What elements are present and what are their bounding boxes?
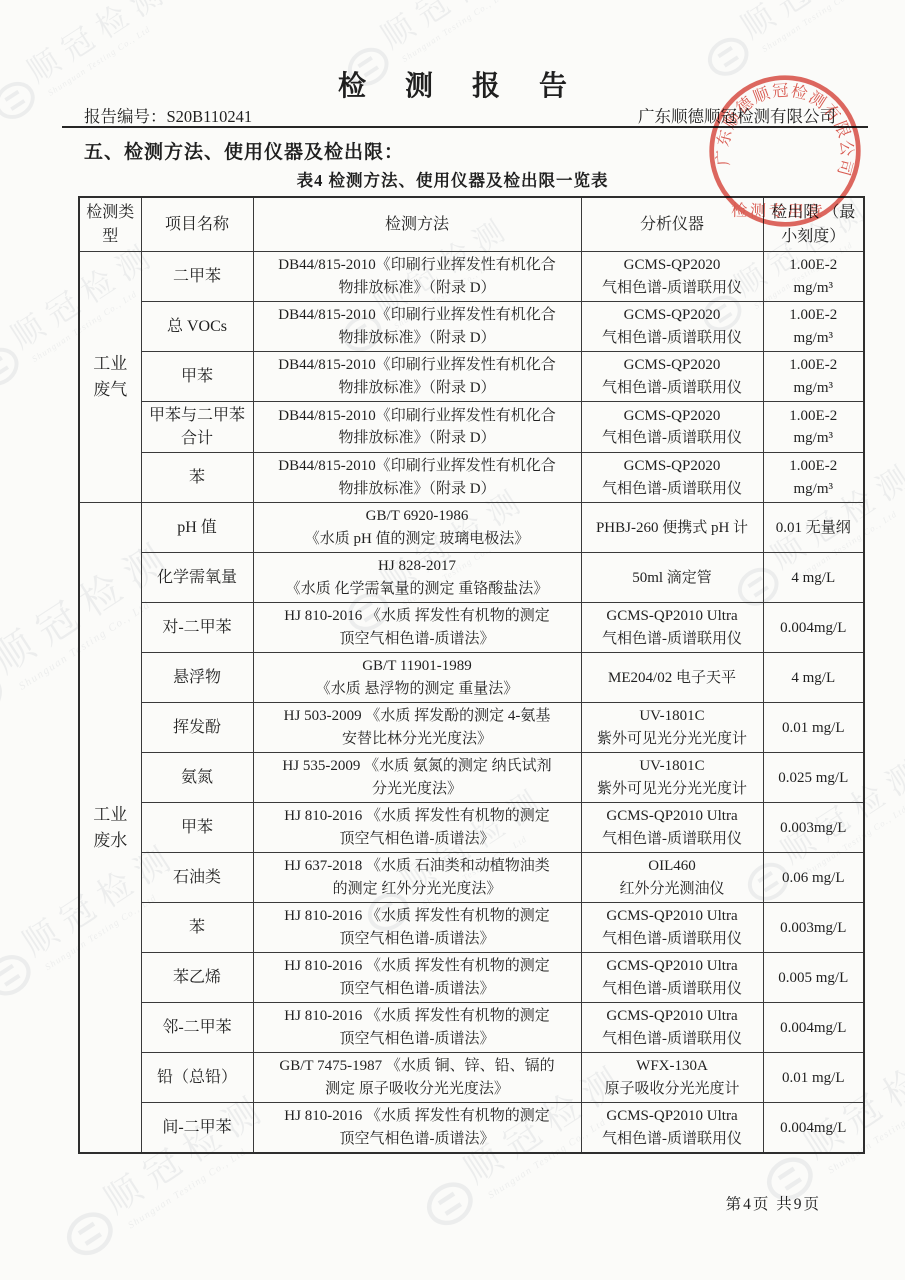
watermark-subtext: Shunguan Testing Co., Ltd (400, 0, 509, 64)
limit-cell: 4 mg/L (763, 553, 864, 603)
limit-cell: 0.01 无量纲 (763, 503, 864, 553)
instrument-cell-line: GCMS-QP2020 (585, 455, 760, 478)
header-method: 检测方法 (253, 197, 581, 252)
table-head: 检测类型 项目名称 检测方法 分析仪器 检出限 （最小刻度） (79, 197, 864, 252)
methods-table-wrap: 检测类型 项目名称 检测方法 分析仪器 检出限 （最小刻度） 工业废气二甲苯DB… (78, 196, 863, 1154)
instrument-cell-line: 气相色谱-质谱联用仪 (585, 377, 760, 400)
method-cell: HJ 637-2018 《水质 石油类和动植物油类的测定 红外分光光度法》 (253, 853, 581, 903)
method-cell-line: 物排放标准》（附录 D） (257, 377, 578, 400)
item-name-cell: 间-二甲苯 (141, 1103, 253, 1154)
instrument-cell-line: 气相色谱-质谱联用仪 (585, 828, 760, 851)
table-row: 石油类HJ 637-2018 《水质 石油类和动植物油类的测定 红外分光光度法》… (79, 853, 864, 903)
method-cell-line: HJ 810-2016 《水质 挥发性有机物的测定 (257, 805, 578, 828)
item-name-cell-line: 化学需氧量 (145, 566, 250, 589)
instrument-cell-line: 原子吸收分光光度计 (585, 1078, 760, 1101)
method-cell: HJ 810-2016 《水质 挥发性有机物的测定顶空气相色谱-质谱法》 (253, 953, 581, 1003)
limit-cell: 0.06 mg/L (763, 853, 864, 903)
method-cell: HJ 828-2017《水质 化学需氧量的测定 重铬酸盐法》 (253, 553, 581, 603)
item-name-cell: 化学需氧量 (141, 553, 253, 603)
item-name-cell-line: 悬浮物 (145, 666, 250, 689)
header-type: 检测类型 (79, 197, 141, 252)
instrument-cell: ME204/02 电子天平 (581, 653, 763, 703)
method-cell: HJ 810-2016 《水质 挥发性有机物的测定顶空气相色谱-质谱法》 (253, 803, 581, 853)
instrument-cell-line: PHBJ-260 便携式 pH 计 (585, 517, 760, 540)
limit-cell: 1.00E-2mg/m³ (763, 302, 864, 352)
table-row: 苯DB44/815-2010《印刷行业挥发性有机化合物排放标准》（附录 D）GC… (79, 453, 864, 503)
item-name-cell-line: 铅（总铅） (145, 1066, 250, 1089)
instrument-cell-line: 气相色谱-质谱联用仪 (585, 1128, 760, 1151)
header-row: 检测类型 项目名称 检测方法 分析仪器 检出限 （最小刻度） (79, 197, 864, 252)
instrument-cell: GCMS-QP2020气相色谱-质谱联用仪 (581, 252, 763, 302)
method-cell: HJ 503-2009 《水质 挥发酚的测定 4-氨基安替比林分光光度法》 (253, 703, 581, 753)
watermark-text-col: 顺冠检测Shunguan Testing Co., Ltd (731, 0, 901, 57)
method-cell-line: 物排放标准》（附录 D） (257, 478, 578, 501)
method-cell-line: HJ 828-2017 (257, 555, 578, 578)
item-name-cell-line: 邻-二甲苯 (145, 1016, 250, 1039)
watermark-logo-icon (0, 340, 26, 394)
method-cell-line: GB/T 11901-1989 (257, 655, 578, 678)
limit-cell: 0.025 mg/L (763, 753, 864, 803)
method-cell-line: GB/T 6920-1986 (257, 505, 578, 528)
instrument-cell-line: UV-1801C (585, 705, 760, 728)
method-cell-line: 顶空气相色谱-质谱法》 (257, 1028, 578, 1051)
item-name-cell: 二甲苯 (141, 252, 253, 302)
item-name-cell-line: 甲苯 (145, 816, 250, 839)
item-name-cell: pH 值 (141, 503, 253, 553)
report-number-label: 报告编号： (84, 107, 167, 126)
limit-cell: 1.00E-2mg/m³ (763, 252, 864, 302)
limit-cell-line: 1.00E-2 (767, 405, 861, 428)
instrument-cell-line: GCMS-QP2010 Ultra (585, 605, 760, 628)
methods-table-body: 工业废气二甲苯DB44/815-2010《印刷行业挥发性有机化合物排放标准》（附… (79, 252, 864, 1154)
methods-table: 检测类型 项目名称 检测方法 分析仪器 检出限 （最小刻度） 工业废气二甲苯DB… (78, 196, 865, 1154)
limit-cell-line: mg/m³ (767, 478, 861, 501)
method-cell: GB/T 6920-1986《水质 pH 值的测定 玻璃电极法》 (253, 503, 581, 553)
header-limit: 检出限 （最小刻度） (763, 197, 864, 252)
instrument-cell: GCMS-QP2010 Ultra气相色谱-质谱联用仪 (581, 953, 763, 1003)
method-cell: DB44/815-2010《印刷行业挥发性有机化合物排放标准》（附录 D） (253, 453, 581, 503)
watermark-text: 顺冠检测 (371, 0, 535, 57)
watermark-subtext: Shunguan Testing Co., Ltd (760, 0, 869, 54)
method-cell-line: HJ 810-2016 《水质 挥发性有机物的测定 (257, 955, 578, 978)
page-number: 第4页 共9页 (0, 1192, 905, 1214)
instrument-cell-line: WFX-130A (585, 1055, 760, 1078)
limit-cell: 1.00E-2mg/m³ (763, 402, 864, 453)
item-name-cell: 悬浮物 (141, 653, 253, 703)
instrument-cell: UV-1801C紫外可见光分光光度计 (581, 753, 763, 803)
table-row: 甲苯HJ 810-2016 《水质 挥发性有机物的测定顶空气相色谱-质谱法》GC… (79, 803, 864, 853)
header-divider (62, 126, 868, 128)
method-cell-line: DB44/815-2010《印刷行业挥发性有机化合 (257, 354, 578, 377)
instrument-cell-line: 紫外可见光分光光度计 (585, 728, 760, 751)
method-cell-line: 的测定 红外分光光度法》 (257, 878, 578, 901)
limit-cell: 0.003mg/L (763, 903, 864, 953)
item-name-cell: 氨氮 (141, 753, 253, 803)
method-cell: DB44/815-2010《印刷行业挥发性有机化合物排放标准》（附录 D） (253, 302, 581, 352)
method-cell: DB44/815-2010《印刷行业挥发性有机化合物排放标准》（附录 D） (253, 402, 581, 453)
instrument-cell-line: GCMS-QP2010 Ultra (585, 1105, 760, 1128)
method-cell-line: 分光光度法》 (257, 778, 578, 801)
method-cell-line: 测定 原子吸收分光光度法》 (257, 1078, 578, 1101)
limit-cell-line: 0.005 mg/L (767, 967, 861, 990)
instrument-cell: GCMS-QP2020气相色谱-质谱联用仪 (581, 352, 763, 402)
instrument-cell-line: 气相色谱-质谱联用仪 (585, 327, 760, 350)
method-cell-line: DB44/815-2010《印刷行业挥发性有机化合 (257, 254, 578, 277)
item-name-cell-line: 挥发酚 (145, 716, 250, 739)
instrument-cell: GCMS-QP2010 Ultra气相色谱-质谱联用仪 (581, 903, 763, 953)
item-name-cell-line: 甲苯与二甲苯合计 (145, 404, 250, 450)
method-cell-line: 《水质 悬浮物的测定 重量法》 (257, 678, 578, 701)
table-row: 氨氮HJ 535-2009 《水质 氨氮的测定 纳氏试剂分光光度法》UV-180… (79, 753, 864, 803)
item-name-cell: 对-二甲苯 (141, 603, 253, 653)
method-cell: HJ 535-2009 《水质 氨氮的测定 纳氏试剂分光光度法》 (253, 753, 581, 803)
limit-cell-line: 0.003mg/L (767, 917, 861, 940)
item-name-cell: 石油类 (141, 853, 253, 903)
report-number-value: S20B110241 (167, 107, 253, 126)
limit-cell-line: 4 mg/L (767, 567, 861, 590)
limit-cell-line: 1.00E-2 (767, 354, 861, 377)
method-cell-line: 物排放标准》（附录 D） (257, 277, 578, 300)
item-name-cell: 甲苯 (141, 352, 253, 402)
instrument-cell-line: GCMS-QP2010 Ultra (585, 955, 760, 978)
method-cell-line: HJ 810-2016 《水质 挥发性有机物的测定 (257, 605, 578, 628)
instrument-cell: GCMS-QP2010 Ultra气相色谱-质谱联用仪 (581, 803, 763, 853)
instrument-cell-line: GCMS-QP2010 Ultra (585, 805, 760, 828)
watermark-logo-icon (0, 662, 12, 730)
limit-cell-line: 0.01 无量纲 (767, 517, 861, 540)
table-row: 甲苯DB44/815-2010《印刷行业挥发性有机化合物排放标准》（附录 D）G… (79, 352, 864, 402)
section-heading: 五、检测方法、使用仪器及检出限： (84, 137, 404, 164)
header-instrument: 分析仪器 (581, 197, 763, 252)
report-meta: 报告编号：S20B110241 广东顺德顺冠检测有限公司 (84, 103, 836, 127)
instrument-cell: PHBJ-260 便携式 pH 计 (581, 503, 763, 553)
table-row: 甲苯与二甲苯合计DB44/815-2010《印刷行业挥发性有机化合物排放标准》（… (79, 402, 864, 453)
method-cell: DB44/815-2010《印刷行业挥发性有机化合物排放标准》（附录 D） (253, 252, 581, 302)
test-type-cell: 工业废气 (79, 252, 141, 503)
table-row: 悬浮物GB/T 11901-1989《水质 悬浮物的测定 重量法》ME204/0… (79, 653, 864, 703)
limit-cell: 4 mg/L (763, 653, 864, 703)
instrument-cell-line: GCMS-QP2010 Ultra (585, 905, 760, 928)
instrument-cell: 50ml 滴定管 (581, 553, 763, 603)
instrument-cell-line: GCMS-QP2020 (585, 254, 760, 277)
instrument-cell-line: 50ml 滴定管 (585, 567, 760, 590)
limit-cell-line: 0.06 mg/L (767, 867, 861, 890)
table-row: 化学需氧量HJ 828-2017《水质 化学需氧量的测定 重铬酸盐法》50ml … (79, 553, 864, 603)
method-cell-line: 顶空气相色谱-质谱法》 (257, 1128, 578, 1151)
method-cell-line: HJ 503-2009 《水质 挥发酚的测定 4-氨基 (257, 705, 578, 728)
instrument-cell-line: 气相色谱-质谱联用仪 (585, 1028, 760, 1051)
method-cell: GB/T 11901-1989《水质 悬浮物的测定 重量法》 (253, 653, 581, 703)
header-name: 项目名称 (141, 197, 253, 252)
limit-cell: 0.005 mg/L (763, 953, 864, 1003)
instrument-cell: GCMS-QP2010 Ultra气相色谱-质谱联用仪 (581, 1103, 763, 1154)
instrument-cell-line: GCMS-QP2020 (585, 405, 760, 428)
limit-cell-line: 0.003mg/L (767, 817, 861, 840)
table-row: 工业废水pH 值GB/T 6920-1986《水质 pH 值的测定 玻璃电极法》… (79, 503, 864, 553)
method-cell-line: 顶空气相色谱-质谱法》 (257, 978, 578, 1001)
instrument-cell-line: 紫外可见光分光光度计 (585, 778, 760, 801)
instrument-cell-line: 气相色谱-质谱联用仪 (585, 978, 760, 1001)
watermark-logo-icon (0, 946, 39, 1004)
item-name-cell-line: 总 VOCs (145, 315, 250, 338)
header-limit-line1: 检出限 (771, 204, 819, 221)
method-cell: HJ 810-2016 《水质 挥发性有机物的测定顶空气相色谱-质谱法》 (253, 903, 581, 953)
limit-cell: 0.01 mg/L (763, 703, 864, 753)
instrument-cell-line: GCMS-QP2010 Ultra (585, 1005, 760, 1028)
limit-cell-line: 0.025 mg/L (767, 767, 861, 790)
item-name-cell-line: 苯乙烯 (145, 966, 250, 989)
method-cell: HJ 810-2016 《水质 挥发性有机物的测定顶空气相色谱-质谱法》 (253, 603, 581, 653)
instrument-cell: GCMS-QP2020气相色谱-质谱联用仪 (581, 453, 763, 503)
item-name-cell-line: 氨氮 (145, 766, 250, 789)
limit-cell: 1.00E-2mg/m³ (763, 352, 864, 402)
item-name-cell-line: 甲苯 (145, 365, 250, 388)
limit-cell-line: 4 mg/L (767, 667, 861, 690)
instrument-cell-line: GCMS-QP2020 (585, 354, 760, 377)
method-cell-line: 顶空气相色谱-质谱法》 (257, 928, 578, 951)
limit-cell: 0.004mg/L (763, 603, 864, 653)
instrument-cell-line: 气相色谱-质谱联用仪 (585, 478, 760, 501)
item-name-cell-line: 苯 (145, 916, 250, 939)
method-cell: HJ 810-2016 《水质 挥发性有机物的测定顶空气相色谱-质谱法》 (253, 1003, 581, 1053)
instrument-cell: GCMS-QP2010 Ultra气相色谱-质谱联用仪 (581, 603, 763, 653)
instrument-cell-line: OIL460 (585, 855, 760, 878)
method-cell: DB44/815-2010《印刷行业挥发性有机化合物排放标准》（附录 D） (253, 352, 581, 402)
item-name-cell-line: 二甲苯 (145, 265, 250, 288)
watermark-text: 顺冠检测 (731, 0, 895, 47)
page-title: 检 测 报 告 (0, 64, 905, 104)
instrument-cell: GCMS-QP2020气相色谱-质谱联用仪 (581, 302, 763, 352)
method-cell-line: HJ 535-2009 《水质 氨氮的测定 纳氏试剂 (257, 755, 578, 778)
instrument-cell-line: 气相色谱-质谱联用仪 (585, 928, 760, 951)
method-cell-line: GB/T 7475-1987 《水质 铜、锌、铅、镉的 (257, 1055, 578, 1078)
limit-cell-line: 1.00E-2 (767, 455, 861, 478)
limit-cell-line: 1.00E-2 (767, 254, 861, 277)
instrument-cell-line: 气相色谱-质谱联用仪 (585, 427, 760, 450)
item-name-cell: 挥发酚 (141, 703, 253, 753)
limit-cell-line: 1.00E-2 (767, 304, 861, 327)
method-cell-line: HJ 637-2018 《水质 石油类和动植物油类 (257, 855, 578, 878)
limit-cell-line: mg/m³ (767, 277, 861, 300)
method-cell-line: DB44/815-2010《印刷行业挥发性有机化合 (257, 455, 578, 478)
item-name-cell: 甲苯 (141, 803, 253, 853)
item-name-cell: 甲苯与二甲苯合计 (141, 402, 253, 453)
instrument-cell: WFX-130A原子吸收分光光度计 (581, 1053, 763, 1103)
instrument-cell: GCMS-QP2010 Ultra气相色谱-质谱联用仪 (581, 1003, 763, 1053)
limit-cell: 0.01 mg/L (763, 1053, 864, 1103)
item-name-cell-line: 苯 (145, 466, 250, 489)
limit-cell-line: mg/m³ (767, 427, 861, 450)
limit-cell-line: 0.004mg/L (767, 1117, 861, 1140)
limit-cell-line: mg/m³ (767, 377, 861, 400)
method-cell-line: DB44/815-2010《印刷行业挥发性有机化合 (257, 405, 578, 428)
instrument-cell-line: ME204/02 电子天平 (585, 667, 760, 690)
method-cell-line: 安替比林分光光度法》 (257, 728, 578, 751)
table-row: 挥发酚HJ 503-2009 《水质 挥发酚的测定 4-氨基安替比林分光光度法》… (79, 703, 864, 753)
item-name-cell: 邻-二甲苯 (141, 1003, 253, 1053)
company-name: 广东顺德顺冠检测有限公司 (638, 103, 836, 127)
limit-cell: 1.00E-2mg/m³ (763, 453, 864, 503)
item-name-cell: 总 VOCs (141, 302, 253, 352)
method-cell-line: 顶空气相色谱-质谱法》 (257, 628, 578, 651)
limit-cell: 0.003mg/L (763, 803, 864, 853)
method-cell: HJ 810-2016 《水质 挥发性有机物的测定顶空气相色谱-质谱法》 (253, 1103, 581, 1154)
instrument-cell-line: UV-1801C (585, 755, 760, 778)
table-row: 总 VOCsDB44/815-2010《印刷行业挥发性有机化合物排放标准》（附录… (79, 302, 864, 352)
method-cell-line: 《水质 化学需氧量的测定 重铬酸盐法》 (257, 578, 578, 601)
instrument-cell: UV-1801C紫外可见光分光光度计 (581, 703, 763, 753)
method-cell-line: HJ 810-2016 《水质 挥发性有机物的测定 (257, 1105, 578, 1128)
item-name-cell: 铅（总铅） (141, 1053, 253, 1103)
method-cell-line: HJ 810-2016 《水质 挥发性有机物的测定 (257, 905, 578, 928)
table-row: 铅（总铅）GB/T 7475-1987 《水质 铜、锌、铅、镉的测定 原子吸收分… (79, 1053, 864, 1103)
method-cell-line: 物排放标准》（附录 D） (257, 327, 578, 350)
method-cell-line: DB44/815-2010《印刷行业挥发性有机化合 (257, 304, 578, 327)
limit-cell: 0.004mg/L (763, 1003, 864, 1053)
table-row: 苯乙烯HJ 810-2016 《水质 挥发性有机物的测定顶空气相色谱-质谱法》G… (79, 953, 864, 1003)
method-cell-line: 顶空气相色谱-质谱法》 (257, 828, 578, 851)
test-type-cell: 工业废水 (79, 503, 141, 1154)
instrument-cell: OIL460红外分光测油仪 (581, 853, 763, 903)
method-cell-line: 《水质 pH 值的测定 玻璃电极法》 (257, 528, 578, 551)
instrument-cell: GCMS-QP2020气相色谱-质谱联用仪 (581, 402, 763, 453)
table-caption: 表4 检测方法、使用仪器及检出限一览表 (0, 167, 905, 191)
method-cell: GB/T 7475-1987 《水质 铜、锌、铅、镉的测定 原子吸收分光光度法》 (253, 1053, 581, 1103)
limit-cell-line: 0.004mg/L (767, 617, 861, 640)
limit-cell-line: mg/m³ (767, 327, 861, 350)
item-name-cell: 苯 (141, 453, 253, 503)
watermark-subtext: Shunguan Testing Co., Ltd (126, 1146, 248, 1231)
item-name-cell-line: 对-二甲苯 (145, 616, 250, 639)
method-cell-line: 物排放标准》（附录 D） (257, 427, 578, 450)
item-name-cell: 苯乙烯 (141, 953, 253, 1003)
item-name-cell-line: 间-二甲苯 (145, 1116, 250, 1139)
table-row: 苯HJ 810-2016 《水质 挥发性有机物的测定顶空气相色谱-质谱法》GCM… (79, 903, 864, 953)
table-row: 对-二甲苯HJ 810-2016 《水质 挥发性有机物的测定顶空气相色谱-质谱法… (79, 603, 864, 653)
table-row: 工业废气二甲苯DB44/815-2010《印刷行业挥发性有机化合物排放标准》（附… (79, 252, 864, 302)
limit-cell: 0.004mg/L (763, 1103, 864, 1154)
watermark-text-col: 顺冠检测Shunguan Testing Co., Ltd (371, 0, 541, 67)
item-name-cell-line: 石油类 (145, 866, 250, 889)
limit-cell-line: 0.01 mg/L (767, 717, 861, 740)
table-row: 间-二甲苯HJ 810-2016 《水质 挥发性有机物的测定顶空气相色谱-质谱法… (79, 1103, 864, 1154)
report-page: 顺冠检测Shunguan Testing Co., Ltd顺冠检测Shungua… (0, 0, 905, 1280)
limit-cell-line: 0.01 mg/L (767, 1067, 861, 1090)
instrument-cell-line: GCMS-QP2020 (585, 304, 760, 327)
item-name-cell: 苯 (141, 903, 253, 953)
method-cell-line: HJ 810-2016 《水质 挥发性有机物的测定 (257, 1005, 578, 1028)
instrument-cell-line: 气相色谱-质谱联用仪 (585, 628, 760, 651)
instrument-cell-line: 气相色谱-质谱联用仪 (585, 277, 760, 300)
item-name-cell-line: pH 值 (145, 516, 250, 539)
instrument-cell-line: 红外分光测油仪 (585, 878, 760, 901)
report-number: 报告编号：S20B110241 (84, 103, 252, 127)
table-row: 邻-二甲苯HJ 810-2016 《水质 挥发性有机物的测定顶空气相色谱-质谱法… (79, 1003, 864, 1053)
limit-cell-line: 0.004mg/L (767, 1017, 861, 1040)
